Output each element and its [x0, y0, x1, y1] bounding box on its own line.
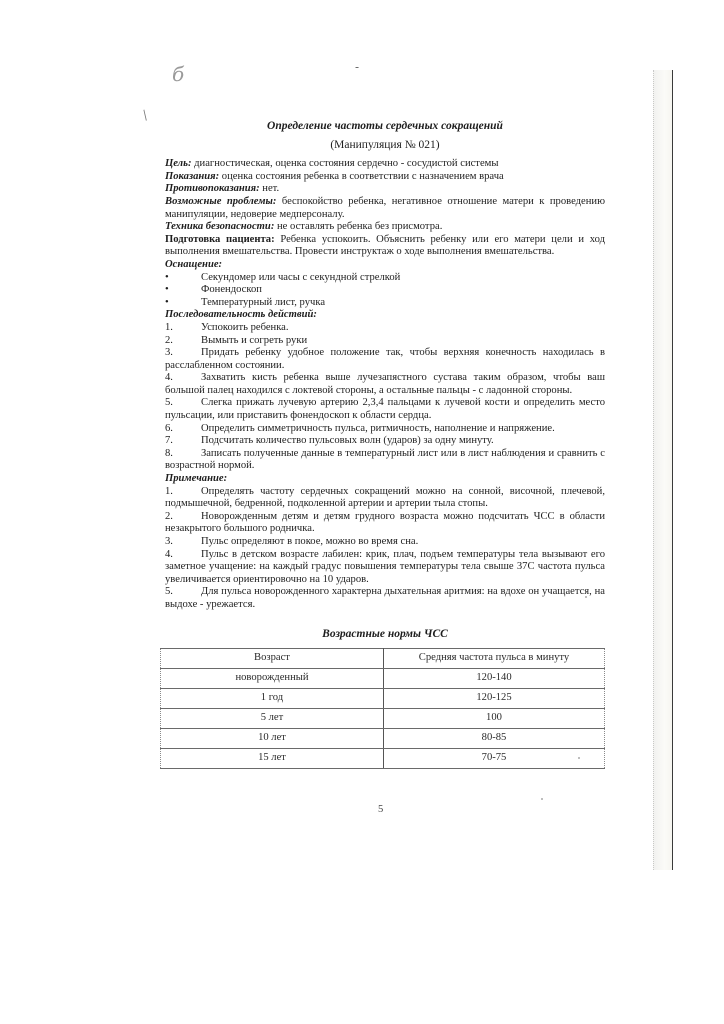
table-row: 15 лет70-75	[161, 749, 605, 769]
table-row: новорожденный120-140	[161, 669, 605, 689]
field-label: Техника безопасности:	[165, 221, 274, 232]
age-cell: 15 лет	[161, 749, 384, 769]
equipment-heading: Оснащение:	[165, 259, 605, 272]
age-cell: новорожденный	[161, 669, 384, 689]
pulse-cell: 120-140	[384, 669, 605, 689]
field-text: нет.	[260, 183, 280, 194]
scanned-page: б / - Определение частоты сердечных сокр…	[0, 0, 724, 1024]
pulse-cell: 120-125	[384, 689, 605, 709]
bullet-icon: •	[165, 272, 201, 285]
age-cell: 10 лет	[161, 729, 384, 749]
age-cell: 1 год	[161, 689, 384, 709]
item-number: 3.	[165, 347, 201, 360]
norms-table: ВозрастСредняя частота пульса в минутуно…	[160, 648, 605, 769]
field-label: Противопоказания:	[165, 183, 260, 194]
equipment-item: •Фонендоскоп	[165, 284, 605, 297]
item-text: Слегка прижать лучевую артерию 2,3,4 пал…	[165, 397, 605, 421]
item-number: 5.	[165, 397, 201, 410]
field-label: Цель:	[165, 158, 191, 169]
item-number: 6.	[165, 423, 201, 436]
step-item: 6.Определить симметричность пульса, ритм…	[165, 423, 605, 436]
table-row: 10 лет80-85	[161, 729, 605, 749]
field-label: Возможные проблемы:	[165, 196, 276, 207]
item-number: 2.	[165, 511, 201, 524]
item-number: 5.	[165, 586, 201, 599]
item-text: Вымыть и согреть руки	[201, 335, 307, 346]
item-number: 4.	[165, 372, 201, 385]
equipment-item-text: Фонендоскоп	[201, 284, 262, 297]
note-item: 1.Определять частоту сердечных сокращени…	[165, 486, 605, 511]
table-row: 5 лет100	[161, 709, 605, 729]
step-item: 3.Придать ребенку удобное положение так,…	[165, 347, 605, 372]
item-number: 1.	[165, 486, 201, 499]
scan-speck	[578, 757, 580, 759]
field-paragraph: Показания: оценка состояния ребенка в со…	[165, 171, 605, 184]
field-paragraph: Противопоказания: нет.	[165, 183, 605, 196]
field-paragraph: Техника безопасности: не оставлять ребен…	[165, 221, 605, 234]
pulse-cell: 80-85	[384, 729, 605, 749]
equipment-item-text: Секундомер или часы с секундной стрелкой	[201, 272, 400, 285]
step-item: 7.Подсчитать количество пульсовых волн (…	[165, 435, 605, 448]
scan-speck	[585, 596, 587, 598]
item-text: Новорожденным детям и детям грудного воз…	[165, 511, 605, 535]
bullet-icon: •	[165, 284, 201, 297]
item-text: Успокоить ребенка.	[201, 322, 289, 333]
equipment-item: •Секундомер или часы с секундной стрелко…	[165, 272, 605, 285]
item-number: 2.	[165, 335, 201, 348]
table-header-row: ВозрастСредняя частота пульса в минуту	[161, 649, 605, 669]
step-item: 5.Слегка прижать лучевую артерию 2,3,4 п…	[165, 397, 605, 422]
item-number: 1.	[165, 322, 201, 335]
note-item: 3.Пульс определяют в покое, можно во вре…	[165, 536, 605, 549]
bullet-icon: •	[165, 297, 201, 310]
preparation-paragraph: Подготовка пациента: Ребенка успокоить. …	[165, 234, 605, 259]
notes-list: 1.Определять частоту сердечных сокращени…	[165, 486, 605, 612]
notes-heading: Примечание:	[165, 473, 605, 486]
handwritten-tick: /	[139, 108, 151, 121]
item-text: Придать ребенку удобное положение так, ч…	[165, 347, 605, 371]
item-text: Подсчитать количество пульсовых волн (уд…	[201, 435, 494, 446]
item-text: Пульс в детском возрасте лабилен: крик, …	[165, 549, 605, 585]
handwritten-dash: -	[355, 60, 359, 74]
equipment-list: •Секундомер или часы с секундной стрелко…	[165, 272, 605, 310]
page-number: 5	[378, 804, 383, 815]
item-text: Определить симметричность пульса, ритмич…	[201, 423, 555, 434]
age-cell: 5 лет	[161, 709, 384, 729]
document-title: Определение частоты сердечных сокращений	[165, 120, 605, 133]
item-text: Захватить кисть ребенка выше лучезапястн…	[165, 372, 605, 396]
document-subtitle: (Манипуляция № 021)	[165, 139, 605, 152]
item-number: 3.	[165, 536, 201, 549]
field-label: Показания:	[165, 171, 219, 182]
item-number: 8.	[165, 448, 201, 461]
field-text: оценка состояния ребенка в соответствии …	[219, 171, 504, 182]
field-text: не оставлять ребенка без присмотра.	[274, 221, 442, 232]
fields-section: Цель: диагностическая, оценка состояния …	[165, 158, 605, 234]
field-paragraph: Цель: диагностическая, оценка состояния …	[165, 158, 605, 171]
field-text: диагностическая, оценка состояния сердеч…	[191, 158, 498, 169]
pulse-cell: 70-75	[384, 749, 605, 769]
item-text: Определять частоту сердечных сокращений …	[165, 486, 605, 510]
page-edge-strip	[653, 70, 673, 870]
table-header-cell: Возраст	[161, 649, 384, 669]
note-item: 4.Пульс в детском возрасте лабилен: крик…	[165, 549, 605, 587]
item-text: Для пульса новорожденного характерна дых…	[165, 586, 605, 610]
norms-table-title: Возрастные нормы ЧСС	[165, 628, 605, 641]
step-item: 1.Успокоить ребенка.	[165, 322, 605, 335]
step-item: 4.Захватить кисть ребенка выше лучезапяс…	[165, 372, 605, 397]
equipment-item: •Температурный лист, ручка	[165, 297, 605, 310]
step-item: 2.Вымыть и согреть руки	[165, 335, 605, 348]
pulse-cell: 100	[384, 709, 605, 729]
item-number: 7.	[165, 435, 201, 448]
scan-speck	[541, 798, 543, 800]
document-body: Определение частоты сердечных сокращений…	[165, 120, 605, 769]
item-text: Пульс определяют в покое, можно во время…	[201, 536, 418, 547]
handwritten-mark: б	[172, 62, 184, 86]
field-paragraph: Возможные проблемы: беспокойство ребенка…	[165, 196, 605, 221]
table-row: 1 год120-125	[161, 689, 605, 709]
item-text: Записать полученные данные в температурн…	[165, 448, 605, 472]
steps-list: 1.Успокоить ребенка.2.Вымыть и согреть р…	[165, 322, 605, 473]
note-item: 2.Новорожденным детям и детям грудного в…	[165, 511, 605, 536]
preparation-label: Подготовка пациента:	[165, 234, 275, 245]
item-number: 4.	[165, 549, 201, 562]
table-header-cell: Средняя частота пульса в минуту	[384, 649, 605, 669]
equipment-item-text: Температурный лист, ручка	[201, 297, 325, 310]
note-item: 5.Для пульса новорожденного характерна д…	[165, 586, 605, 611]
steps-heading: Последовательность действий:	[165, 309, 605, 322]
step-item: 8.Записать полученные данные в температу…	[165, 448, 605, 473]
